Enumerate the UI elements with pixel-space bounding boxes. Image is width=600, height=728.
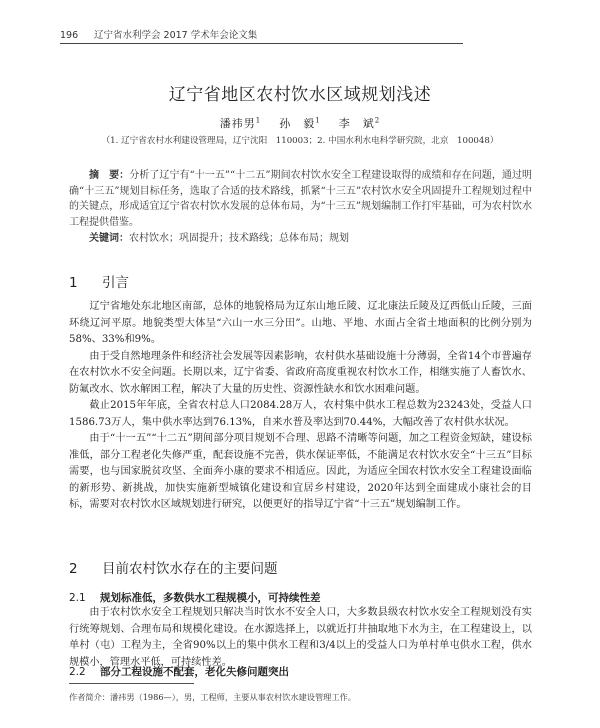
section-heading-2: 2目前农村饮水存在的主要问题 xyxy=(69,557,278,577)
affiliation: （1. 辽宁省农村水利建设管理局，辽宁沈阳 110003；2. 中国水利水电科学… xyxy=(0,134,600,146)
paragraph: 辽宁省地处东北地区南部，总体的地貌格局为辽东山地丘陵、辽北康法丘陵及辽西低山丘陵… xyxy=(69,299,532,349)
running-head: 196 辽宁省水利学会 2017 学术年会论文集 xyxy=(60,30,463,44)
author: 孙 毅1 xyxy=(279,117,320,130)
author: 李 斌2 xyxy=(339,117,380,130)
section-heading-1: 1引言 xyxy=(69,271,129,291)
page-number: 196 xyxy=(60,30,78,42)
paper-title: 辽宁省地区农村饮水区域规划浅述 xyxy=(0,80,600,105)
paragraph: 由于受自然地理条件和经济社会发展等因素影响，农村供水基础设施十分薄弱，全省14个… xyxy=(69,349,532,399)
abstract-text: 摘 要：分析了辽宁有“十一五”“十二五”期间农村饮水安全工程建设取得的成绩和存在… xyxy=(69,168,532,231)
author-footnote: 作者简介：潘祎男（1986—），男，工程师，主要从事农村饮水建设管理工作。 xyxy=(69,692,356,703)
section-1-body: 辽宁省地处东北地区南部，总体的地貌格局为辽东山地丘陵、辽北康法丘陵及辽西低山丘陵… xyxy=(69,299,532,514)
journal-title: 辽宁省水利学会 2017 学术年会论文集 xyxy=(94,30,257,42)
subsection-2-1-body: 由于农村饮水安全工程规划只解决当时饮水不安全人口，大多数县级农村饮水安全工程规划… xyxy=(69,605,532,671)
abstract: 摘 要：分析了辽宁有“十一五”“十二五”期间农村饮水安全工程建设取得的成绩和存在… xyxy=(69,168,532,247)
paragraph: 截止2015年年底，全省农村总人口2084.28万人，农村集中供水工程总数为23… xyxy=(69,398,532,431)
author: 潘祎男1 xyxy=(220,117,261,130)
paragraph: 由于“十一五”“十二五”期间部分项目规划不合理、思路不清晰等问题，加之工程资金短… xyxy=(69,431,532,514)
paragraph: 由于农村饮水安全工程规划只解决当时饮水不安全人口，大多数县级农村饮水安全工程规划… xyxy=(69,605,532,671)
keywords: 关键词：农村饮水；巩固提升；技术路线；总体布局；规划 xyxy=(69,231,532,247)
footnote-divider xyxy=(69,683,194,684)
author-list: 潘祎男1 孙 毅1 李 斌2 xyxy=(0,115,600,131)
subsection-heading-2-2: 2.2部分工程设施不配套，老化失修问题突出 xyxy=(69,664,289,679)
paper-page: 196 辽宁省水利学会 2017 学术年会论文集 辽宁省地区农村饮水区域规划浅述… xyxy=(0,0,600,728)
subsection-heading-2-1: 2.1规划标准低，多数供水工程规模小，可持续性差 xyxy=(69,590,321,605)
